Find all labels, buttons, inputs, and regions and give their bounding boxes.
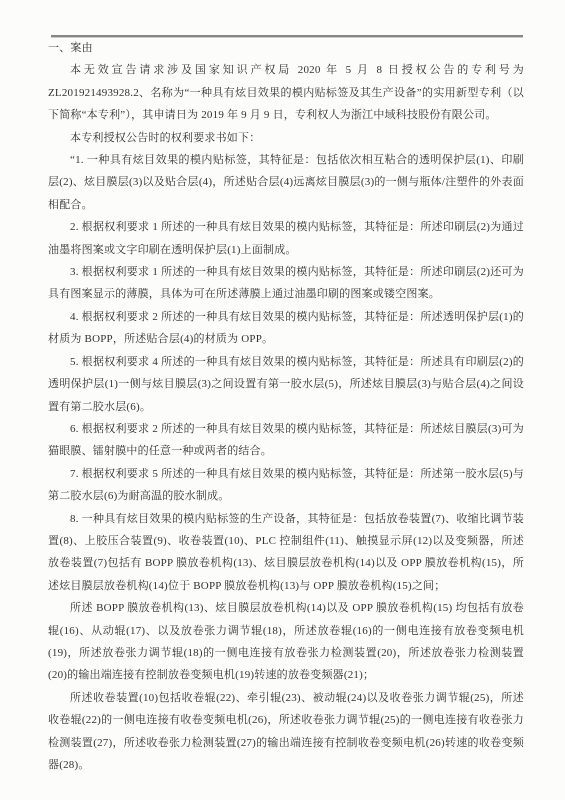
claim-3-text: 3. 根据权利要求 1 所述的一种具有炫目效果的模内贴标签，其特征是：所述印刷层… bbox=[48, 261, 524, 306]
document-page: 一、案由 本无效宣告请求涉及国家知识产权局 2020 年 5 月 8 日授权公告… bbox=[0, 0, 565, 800]
claim-1-text: “1. 一种具有炫目效果的模内贴标签，其特征是：包括依次相互粘合的透明保护层(1… bbox=[48, 149, 524, 216]
claim-7-text: 7. 根据权利要求 5 所述的一种具有炫目效果的模内贴标签，其特征是：所述第一胶… bbox=[48, 463, 524, 508]
case-intro-paragraph: 本无效宣告请求涉及国家知识产权局 2020 年 5 月 8 日授权公告的专利号为… bbox=[48, 59, 524, 126]
claim-8-part-2: 所述 BOPP 膜放卷机构(13)、炫目膜层放卷机构(14)以及 OPP 膜放卷… bbox=[48, 597, 524, 687]
claim-8-part-3: 所述收卷装置(10)包括收卷辊(22)、牵引辊(23)、被动辊(24)以及收卷张… bbox=[48, 687, 524, 777]
claim-2-text: 2. 根据权利要求 1 所述的一种具有炫目效果的模内贴标签，其特征是：所述印刷层… bbox=[48, 216, 524, 261]
section-heading: 一、案由 bbox=[48, 37, 524, 59]
claim-6-text: 6. 根据权利要求 2 所述的一种具有炫目效果的模内贴标签，其特征是：所述炫目膜… bbox=[48, 418, 524, 463]
claim-8-part-1: 8. 一种具有炫目效果的模内贴标签的生产设备，其特征是：包括放卷装置(7)、收缩… bbox=[48, 508, 524, 598]
document-body: 一、案由 本无效宣告请求涉及国家知识产权局 2020 年 5 月 8 日授权公告… bbox=[48, 37, 524, 776]
claims-intro-paragraph: 本专利授权公告时的权利要求书如下： bbox=[48, 127, 524, 149]
claim-4-text: 4. 根据权利要求 2 所述的一种具有炫目效果的模内贴标签，其特征是：所述透明保… bbox=[48, 306, 524, 351]
claim-5-text: 5. 根据权利要求 4 所述的一种具有炫目效果的模内贴标签，其特征是：所述具有印… bbox=[48, 351, 524, 418]
